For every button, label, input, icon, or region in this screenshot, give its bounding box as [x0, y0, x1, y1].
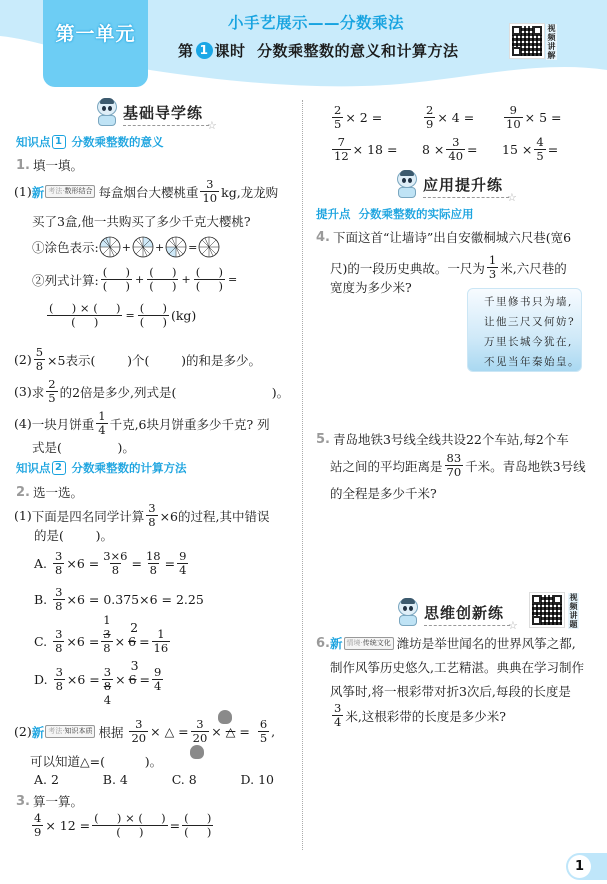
q4-line2: 尺)的一段历史典故。一尺为 13 米,六尺巷的	[330, 254, 567, 281]
star-icon: ☆	[207, 119, 217, 132]
question-5: 5.青岛地铁3号线全线共设22个车站,每2个车	[316, 430, 569, 448]
q2-option-b[interactable]: B. 38×6 = 0.375×6 = 2.25	[34, 586, 204, 613]
pie-wheel-empty[interactable]	[198, 236, 220, 258]
question-2-heading: 2.选一选。	[16, 483, 83, 501]
ink-blot-icon	[190, 745, 204, 759]
question-6: 6. 新 情境·传统文化 潍坊是举世闻名的世界风筝之都,	[316, 634, 576, 652]
choice-d[interactable]: D. 10	[241, 772, 274, 787]
q1-part3: (3)求 25 的2倍是多少,列式是( )。	[14, 378, 289, 405]
section-title: 应用提升练	[423, 174, 509, 198]
blank-fraction[interactable]: ( )( )	[194, 266, 225, 293]
new-badge: 新	[32, 183, 45, 201]
q3-problem-5: 8 ×340=	[422, 136, 478, 163]
qr-video-label: 视频讲题	[568, 593, 579, 629]
context-tag: 情境·传统文化	[344, 637, 394, 650]
q1-part4: (4)一块月饼重 14 千克,6块月饼重多少千克? 列	[14, 410, 270, 437]
q1-part1-line2: 买了3盒,他一共购买了多少千克大樱桃?	[32, 212, 251, 230]
pie-wheel-shaded-3[interactable]	[132, 236, 154, 258]
q1-part2: (2) 58 ×5表示( )个( )的和是多少。	[14, 346, 261, 373]
q3-problem-4: 712× 18 =	[330, 136, 397, 163]
page-header: 第一单元 小手艺展示——分数乘法 第 1 课时 分数乘整数的意义和计算方法 视频…	[0, 0, 607, 92]
star-icon: ☆	[507, 191, 517, 204]
poem-box: 千里修书只为墙, 让他三尺又何妨? 万里长城今犹在, 不见当年秦始皇。	[467, 288, 582, 372]
pie-wheel-shaded-3[interactable]	[165, 236, 187, 258]
star-icon: ☆	[508, 619, 518, 632]
knowledge-point-2: 知识点2分数乘整数的计算方法	[16, 460, 187, 476]
qr-video-label: 视频讲解	[546, 24, 557, 60]
blank-fraction[interactable]: ( )( )	[101, 266, 132, 293]
blank-product-fraction[interactable]: ( ) × ( )( )	[47, 302, 122, 329]
q3-worked-example: 49 × 12 = ( ) × ( )( ) = ( )( )	[30, 812, 215, 839]
q3-problem-6: 15 ×45=	[502, 136, 558, 163]
lesson-number-badge: 1	[196, 42, 213, 59]
up-point: 提升点 分数乘整数的实际应用	[316, 206, 474, 222]
q2-part2-line2: 可以知道△=( )。	[30, 752, 162, 770]
new-badge: 新	[32, 723, 45, 741]
section-applied: 应用提升练 ☆	[395, 170, 517, 198]
lesson-prefix: 第	[178, 40, 194, 61]
kp-number-badge: 1	[52, 135, 66, 149]
question-3-heading: 3.算一算。	[16, 792, 83, 810]
q2-choices: A. 2 B. 4 C. 8 D. 10	[34, 772, 274, 787]
q3-problem-2: 29× 4 =	[422, 104, 474, 131]
blank-fraction[interactable]: ( )( )	[147, 266, 178, 293]
kp-number-badge: 2	[52, 461, 66, 475]
mascot-icon	[396, 598, 420, 626]
q2-option-c[interactable]: C. 38×6 = 138 × 26 = 116	[34, 628, 172, 655]
knowledge-point-1: 知识点1分数乘整数的意义	[16, 134, 164, 150]
column-divider	[302, 100, 303, 850]
q6-line4: 34 米,这根彩带的长度是多少米?	[330, 702, 506, 729]
exam-method-tag: 考法·数形结合	[45, 185, 95, 198]
new-badge: 新	[330, 634, 343, 652]
choice-b[interactable]: B. 4	[103, 772, 128, 787]
section-title: 基础导学练	[123, 102, 209, 126]
q3-problem-3: 910× 5 =	[502, 104, 562, 131]
section-basic: 基础导学练 ☆	[95, 98, 217, 126]
q1-step2-formula: ②列式计算: ( )( ) + ( )( ) + ( )( ) =	[32, 266, 238, 293]
page-number: 1	[568, 855, 591, 878]
q5-line3: 的全程是多少千米?	[330, 484, 437, 502]
q1-step2-formula-line2: ( ) × ( )( ) = ( )( ) (kg)	[45, 302, 196, 329]
page-number-badge: 1	[566, 853, 607, 880]
q1-part4-line2: 式是( )。	[32, 438, 135, 456]
q2-part2: (2) 新 考法·知识本质 根据 320 × △ = 320 × △ = 65,	[14, 718, 275, 745]
q2-part1-line2: 的是( )。	[34, 526, 113, 544]
exam-method-tag: 考法·知识本质	[45, 725, 95, 738]
question-1-heading: 1.填一填。	[16, 156, 83, 174]
lesson-name: 课时 分数乘整数的意义和计算方法	[215, 40, 459, 61]
q5-line2: 站之间的平均距离是 8370 千米。青岛地铁3号线	[330, 452, 586, 479]
q1-part1: (1) 新 考法·数形结合 每盒烟台大樱桃重 310 kg,龙龙购	[14, 178, 278, 205]
blank-product-fraction[interactable]: ( ) × ( )( )	[92, 812, 167, 839]
mascot-icon	[95, 98, 119, 126]
choice-c[interactable]: C. 8	[172, 772, 197, 787]
q2-option-a[interactable]: A. 38×6 = 3×68= 188= 94	[34, 550, 190, 577]
section-thinking: 思维创新练 ☆	[396, 598, 518, 626]
q6-line3: 风筝时,将一根彩带对折3次后,每段的长度是	[330, 682, 571, 700]
lesson-title: 第 1 课时 分数乘整数的意义和计算方法	[178, 40, 458, 61]
question-4: 4.下面这首“让墙诗”出自安徽桐城六尺巷(宽6	[316, 228, 571, 246]
q3-problem-1: 25× 2 =	[330, 104, 382, 131]
q4-line3: 宽度为多少米?	[330, 278, 412, 296]
blank-fraction[interactable]: ( )( )	[182, 812, 213, 839]
ink-blot-icon	[218, 710, 232, 724]
section-title: 思维创新练	[424, 602, 510, 626]
qr-code-icon[interactable]	[510, 24, 544, 58]
blank-fraction[interactable]: ( )( )	[138, 302, 169, 329]
q2-part1: (1)下面是四名同学计算 38 ×6的过程,其中错误	[14, 502, 269, 529]
q2-option-d[interactable]: D. 38×6 = 384 × 36 = 94	[34, 666, 165, 693]
q6-line2: 制作风筝历史悠久,工艺精湛。典典在学习制作	[330, 658, 584, 676]
pie-wheel-shaded-3[interactable]	[99, 236, 121, 258]
choice-a[interactable]: A. 2	[34, 772, 59, 787]
unit-title: 第一单元	[43, 19, 148, 46]
qr-code-icon[interactable]	[530, 593, 564, 627]
question-number: 1.	[16, 158, 30, 173]
fraction: 310	[200, 178, 219, 205]
mascot-icon	[395, 170, 419, 198]
q1-step1-coloring: ①涂色表示: + + =	[32, 236, 220, 258]
chapter-title: 小手艺展示——分数乘法	[228, 11, 404, 33]
